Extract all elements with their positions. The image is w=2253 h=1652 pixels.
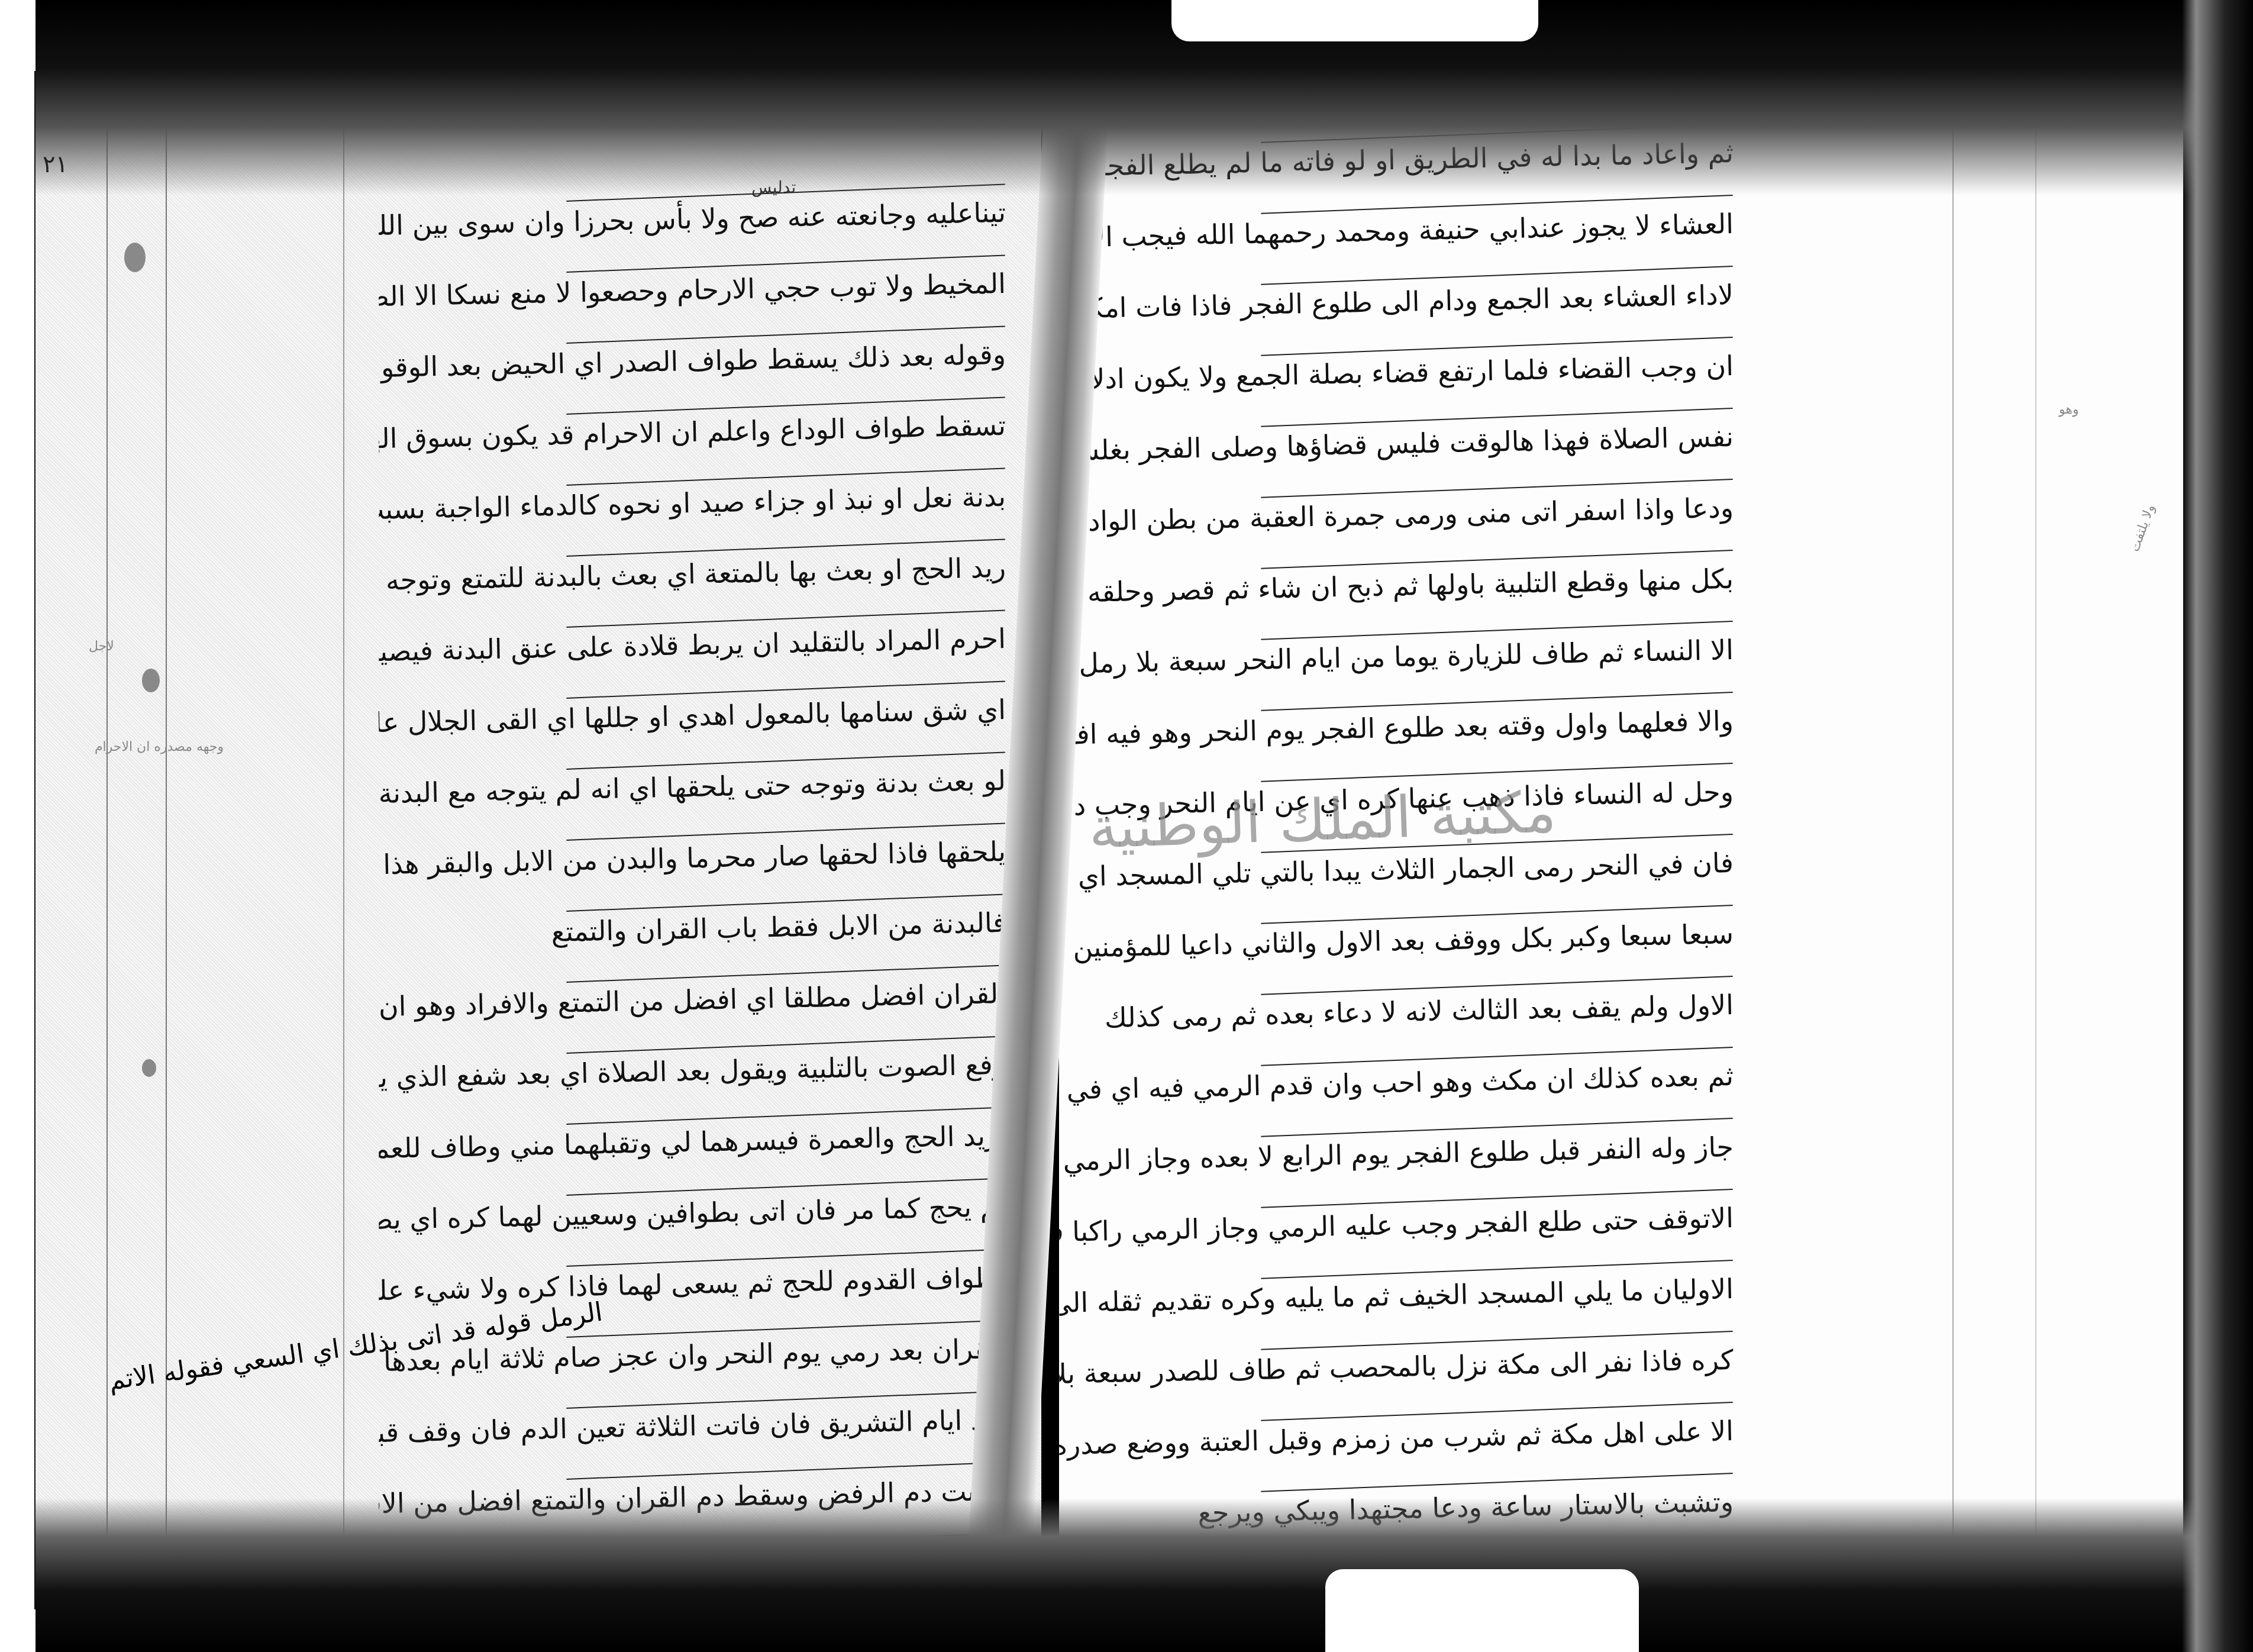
text-line: الاوليان ما يلي المسجد الخيف ثم ما يليه …: [1058, 1253, 1734, 1338]
text-line: الاتوقف حتى طلع الفجر وجب عليه الرمي وجا…: [1058, 1182, 1734, 1267]
text-line: بكل منها وقطع التلبية باولها ثم ذبح ان ش…: [1058, 543, 1734, 628]
ink-stain: [142, 669, 160, 692]
text-line: القران افضل مطلقا اي افضل من التمتع والا…: [378, 958, 1006, 1042]
scan-left-margin: [0, 0, 35, 1652]
margin-rule: [2035, 36, 2036, 1621]
text-line: تسقط طواف الوداع واعلم ان الاحرام قد يكو…: [378, 390, 1006, 474]
margin-note: وهو: [2059, 402, 2079, 417]
right-page-text: ثم واعاد ما بدا له في الطريق او لو فاته …: [1059, 124, 1734, 1615]
margin-rule: [1952, 36, 1954, 1621]
text-line: وقوله بعد ذلك يسقط طواف الصدر اي الحيض ب…: [378, 319, 1006, 403]
text-line: المخيط ولا توب حجي الارحام وحصعوا لا منع…: [378, 248, 1006, 332]
text-line: سبعا سبعا وكبر بكل ووقف بعد الاول والثان…: [1058, 898, 1734, 983]
text-line: ثم يحج كما مر فان اتى بطوافين وسعيين لهم…: [378, 1171, 1006, 1255]
text-line: احرم المراد بالتقليد ان يربط قلادة على ع…: [378, 603, 1006, 687]
margin-note: تعجيل: [1396, 83, 1428, 98]
text-line: كره فاذا نفر الى مكة نزل بالمحصب ثم طاف …: [1058, 1324, 1734, 1409]
left-page-text: تيناعليه وجانعته عنه صح ولا بأس بحرزا وا…: [379, 183, 1006, 1603]
margin-note: لاجل: [89, 639, 114, 654]
text-line: اي شق سنامها بالمعول اهدي او جللها اي ال…: [378, 674, 1006, 758]
text-line: لطواف القدوم للحج ثم يسعى لهما فاذا كره …: [378, 1242, 1006, 1326]
text-line: الا على اهل مكة ثم شرب من زمزم وقبل العت…: [1058, 1395, 1734, 1480]
margin-rule: [106, 36, 108, 1621]
text-line: يلحقها فاذا لحقها صار محرما والبدن من ال…: [378, 816, 1006, 900]
text-line: الا النساء ثم طاف للزيارة يوما من ايام ا…: [1058, 614, 1734, 699]
text-line: ريد الحج او بعث بها بالمتعة اي بعث بالبد…: [378, 532, 1006, 616]
text-line: ودعا واذا اسفر اتى منى ورمى جمرة العقبة …: [1058, 472, 1734, 557]
ink-stain: [142, 1059, 156, 1077]
chapter-heading-line: فالبدنة من الابل فقط باب القران والتمتع: [378, 887, 1006, 971]
scan-right-edge-shadow: [2182, 0, 2253, 1652]
text-line: للقران بعد رمي يوم النحر وان عجز صام ثلا…: [378, 1313, 1006, 1397]
margin-rule: [343, 36, 344, 1621]
text-line: لو بعث بدنة وتوجه حتى يلحقها اي انه لم ي…: [378, 745, 1006, 829]
text-line: الاول ولم يقف بعد الثالث لانه لا دعاء بع…: [1058, 969, 1734, 1054]
ink-stain: [130, 71, 154, 107]
text-line: بعد ايام التشريق فان فاتت الثلاثة تعين ا…: [378, 1384, 1006, 1468]
text-line: اريد الحج والعمرة فيسرهما لي وتقبلهما من…: [378, 1100, 1006, 1184]
text-line: رفع الصوت بالتلبية ويقول بعد الصلاة اي ب…: [378, 1029, 1006, 1113]
text-line: نفس الصلاة فهذا هالوقت فليس قضاؤها وصلى …: [1058, 401, 1734, 486]
text-line: لحج ويطوف ويسعى ويحلق او يقصر ويقطع التل…: [378, 1526, 1006, 1610]
scan-top-notch: [1171, 0, 1538, 41]
text-line: جاز وله النفر قبل طلوع الفجر يوم الرابع …: [1058, 1111, 1734, 1196]
text-line: ان وجب القضاء فلما ارتفع قضاء بصلة الجمع…: [1058, 330, 1734, 415]
text-line: والا فعلهما واول وقته بعد طلوع الفجر يوم…: [1058, 685, 1734, 770]
text-line: ثم واعاد ما بدا له في الطريق او لو فاته …: [1058, 117, 1734, 202]
text-line: لاداء العشاء بعد الجمع ودام الى طلوع الف…: [1058, 259, 1734, 344]
text-line: العشاء لا يجوز عندابي حنيفة ومحمد رحمهما…: [1058, 188, 1734, 273]
folio-number: ٢١: [43, 151, 68, 178]
text-line: وتشبث بالاستار ساعة ودعا مجتهدا ويبكي وي…: [1058, 1466, 1734, 1551]
text-line: ثم بعده كذلك ان مكث وهو احب وان قدم الرم…: [1058, 1040, 1734, 1125]
text-line: بدنة نعل او نبذ او جزاء صيد او نحوه كالد…: [378, 461, 1006, 545]
text-line: تيناعليه وجانعته عنه صح ولا بأس بحرزا وا…: [378, 177, 1006, 261]
ink-stain: [124, 243, 146, 272]
margin-note: وجهه مصدره ان الاحرام: [95, 740, 224, 754]
scan-bottom-notch: [1325, 1569, 1639, 1652]
text-line: وجبت دم الرفض وسقط دم القران والتمتع افض…: [378, 1455, 1006, 1539]
